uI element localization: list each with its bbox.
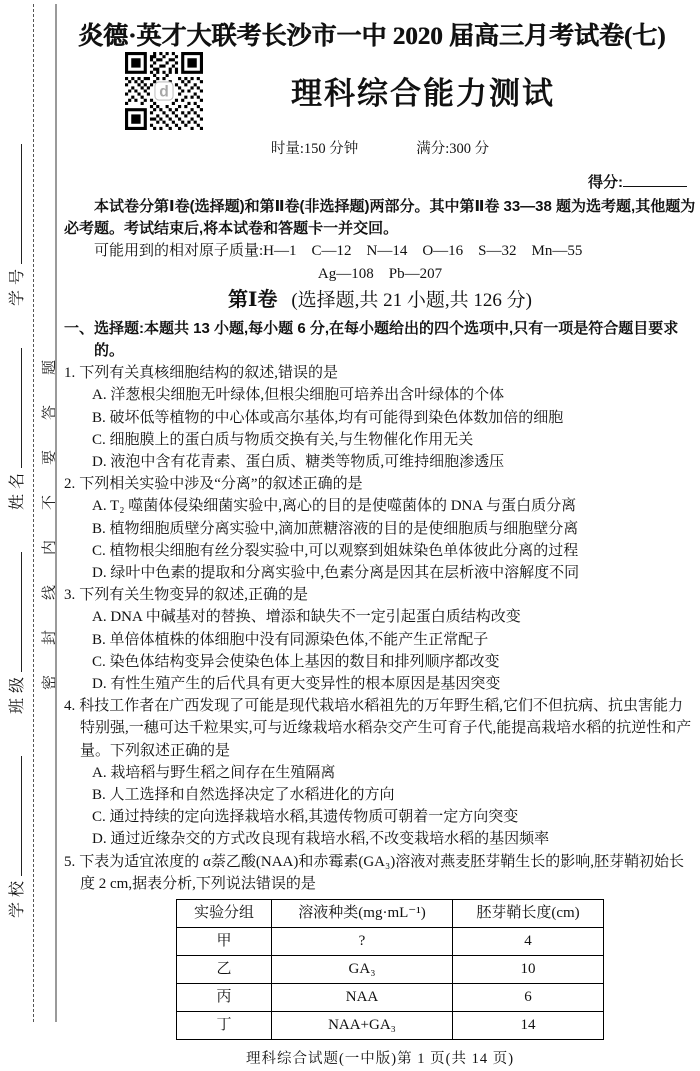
question-4-option-c: C. 通过持续的定向选择栽培水稻,其遗传物质可朝着一定方向突变 [64, 806, 696, 828]
q5-data-table: 实验分组 溶液种类(mg·mL⁻¹) 胚芽鞘长度(cm) 甲 ? 4 乙 GA₃… [176, 899, 604, 1040]
part1-title: 第Ⅰ卷 [228, 289, 277, 311]
question-2-number: 2. [64, 476, 75, 492]
cell-length: 14 [453, 1012, 604, 1040]
part1-heading: 第Ⅰ卷(选择题,共 21 小题,共 126 分) [64, 287, 696, 314]
school-label: 学校 [9, 876, 26, 918]
question-3: 3.下列有关生物变异的叙述,正确的是 A. DNA 中碱基对的替换、增添和缺失不… [64, 584, 696, 695]
question-1: 1.下列有关真核细胞结构的叙述,错误的是 A. 洋葱根尖细胞无叶绿体,但根尖细胞… [64, 362, 696, 473]
cell-solution: NAA [272, 984, 453, 1012]
score-label: 得分: [588, 174, 623, 191]
question-3-option-d: D. 有性生殖产生的后代具有更大变异性的根本原因是基因突变 [64, 673, 696, 695]
field-class: 班级 [9, 514, 26, 714]
table-header-solution: 溶液种类(mg·mL⁻¹) [272, 900, 453, 928]
question-3-stem: 3.下列有关生物变异的叙述,正确的是 [64, 584, 696, 606]
seal-solid-line [55, 4, 57, 1022]
question-2-option-b: B. 植物细胞质壁分离实验中,滴加蔗糖溶液的目的是使细胞质与细胞壁分离 [64, 518, 696, 540]
question-1-text: 下列有关真核细胞结构的叙述,错误的是 [79, 365, 338, 381]
question-1-option-d: D. 液泡中含有花青素、蛋白质、糖类等物质,可维持细胞渗透压 [64, 451, 696, 473]
name-blank-line [7, 348, 22, 468]
exam-paper-page: 学校 班级 姓名 学号 密封线内不要答题 炎德·英才大联考长沙市一中 2020 … [0, 0, 700, 1071]
cell-group: 甲 [177, 928, 272, 956]
cell-solution: GA₃ [272, 956, 453, 984]
question-4: 4.科技工作者在广西发现了可能是现代栽培水稻祖先的万年野生稻,它们不但抗病、抗虫… [64, 695, 696, 850]
field-name: 姓名 [9, 310, 26, 510]
question-3-option-a: A. DNA 中碱基对的替换、增添和缺失不一定引起蛋白质结构改变 [64, 606, 696, 628]
question-4-number: 4. [64, 698, 75, 714]
field-school: 学校 [9, 718, 26, 918]
question-2-text: 下列相关实验中涉及“分离”的叙述正确的是 [79, 476, 362, 492]
question-4-text: 科技工作者在广西发现了可能是现代栽培水稻祖先的万年野生稻,它们不但抗病、抗虫害能… [79, 698, 691, 758]
cell-length: 4 [453, 928, 604, 956]
exam-title: 理科综合能力测试 [291, 68, 555, 113]
duration-label: 时量:150 分钟 [271, 137, 358, 158]
question-2-stem: 2.下列相关实验中涉及“分离”的叙述正确的是 [64, 473, 696, 495]
class-blank-line [7, 552, 22, 672]
table-row: 丙 NAA 6 [177, 984, 604, 1012]
section-instruction: 一、选择题:本题共 13 小题,每小题 6 分,在每小题给出的四个选项中,只有一… [64, 318, 696, 362]
question-3-text: 下列有关生物变异的叙述,正确的是 [79, 587, 308, 603]
question-1-option-c: C. 细胞膜上的蛋白质与物质交换有关,与生物催化作用无关 [64, 429, 696, 451]
question-1-option-a: A. 洋葱根尖细胞无叶绿体,但根尖细胞可培养出含叶绿体的个体 [64, 384, 696, 406]
student-number-label: 学号 [9, 264, 26, 306]
question-4-option-b: B. 人工选择和自然选择决定了水稻进化的方向 [64, 784, 696, 806]
cell-group: 乙 [177, 956, 272, 984]
table-header-group: 实验分组 [177, 900, 272, 928]
question-4-option-a: A. 栽培稻与野生稻之间存在生殖隔离 [64, 762, 696, 784]
table-row: 丁 NAA+GA₃ 14 [177, 1012, 604, 1040]
league-exam-title: 炎德·英才大联考长沙市一中 2020 届高三月考试卷(七) [78, 16, 698, 52]
student-number-blank-line [7, 144, 22, 264]
name-label: 姓名 [9, 468, 26, 510]
question-4-stem: 4.科技工作者在广西发现了可能是现代栽培水稻祖先的万年野生稻,它们不但抗病、抗虫… [64, 695, 696, 762]
question-2-option-c: C. 植物根尖细胞有丝分裂实验中,可以观察到姐妹染色单体彼此分离的过程 [64, 540, 696, 562]
atomic-mass-line1: 可能用到的相对原子质量:H—1 C—12 N—14 O—16 S—32 Mn—5… [64, 240, 696, 262]
question-3-number: 3. [64, 587, 75, 603]
question-1-number: 1. [64, 365, 75, 381]
exam-body: 本试卷分第Ⅰ卷(选择题)和第Ⅱ卷(非选择题)两部分。其中第Ⅱ卷 33—38 题为… [64, 196, 696, 1070]
score-blank-line [623, 173, 687, 187]
question-4-option-d: D. 通过近缘杂交的方式改良现有栽培水稻,不改变栽培水稻的基因频率 [64, 828, 696, 850]
question-5-text: 下表为适宜浓度的 α萘乙酸(NAA)和赤霉素(GA₃)溶液对燕麦胚芽鞘生长的影响… [79, 854, 684, 892]
exam-notice: 本试卷分第Ⅰ卷(选择题)和第Ⅱ卷(非选择题)两部分。其中第Ⅱ卷 33—38 题为… [64, 196, 696, 240]
question-2-option-d: D. 绿叶中色素的提取和分离实验中,色素分离是因其在层析液中溶解度不同 [64, 562, 696, 584]
table-row: 乙 GA₃ 10 [177, 956, 604, 984]
exam-meta-row: 时量:150 分钟 满分:300 分 [64, 137, 696, 158]
question-2-option-a: A. T₂ 噬菌体侵染细菌实验中,离心的目的是使噬菌体的 DNA 与蛋白质分离 [64, 495, 696, 517]
score-field: 得分: [588, 171, 687, 192]
page-footer: 理科综合试题(一中版)第 1 页(共 14 页) [64, 1048, 696, 1070]
cell-group: 丙 [177, 984, 272, 1012]
student-info-fields: 学校 班级 姓名 学号 [4, 96, 26, 918]
question-5-number: 5. [64, 854, 75, 870]
cell-solution: NAA+GA₃ [272, 1012, 453, 1040]
cell-group: 丁 [177, 1012, 272, 1040]
seal-warning-text: 密封线内不要答题 [38, 270, 56, 690]
question-5: 5.下表为适宜浓度的 α萘乙酸(NAA)和赤霉素(GA₃)溶液对燕麦胚芽鞘生长的… [64, 851, 696, 895]
question-1-stem: 1.下列有关真核细胞结构的叙述,错误的是 [64, 362, 696, 384]
class-label: 班级 [9, 672, 26, 714]
question-2: 2.下列相关实验中涉及“分离”的叙述正确的是 A. T₂ 噬菌体侵染细菌实验中,… [64, 473, 696, 584]
svg-text:d: d [159, 83, 169, 100]
atomic-mass-line2: Ag—108 Pb—207 [64, 263, 696, 285]
part1-subtitle: (选择题,共 21 小题,共 126 分) [291, 290, 532, 311]
question-3-option-b: B. 单倍体植株的体细胞中没有同源染色体,不能产生正常配子 [64, 629, 696, 651]
cell-length: 10 [453, 956, 604, 984]
qr-code-icon: d [125, 52, 203, 130]
cell-length: 6 [453, 984, 604, 1012]
question-5-stem: 5.下表为适宜浓度的 α萘乙酸(NAA)和赤霉素(GA₃)溶液对燕麦胚芽鞘生长的… [64, 851, 696, 895]
question-1-option-b: B. 破坏低等植物的中心体或高尔基体,均有可能得到染色体数加倍的细胞 [64, 407, 696, 429]
cell-solution: ? [272, 928, 453, 956]
full-score-label: 满分:300 分 [416, 137, 489, 158]
seal-dashed-line [33, 4, 34, 1022]
table-row: 甲 ? 4 [177, 928, 604, 956]
field-student-number: 学号 [9, 106, 26, 306]
table-header-length: 胚芽鞘长度(cm) [453, 900, 604, 928]
question-3-option-c: C. 染色体结构变异会使染色体上基因的数目和排列顺序都改变 [64, 651, 696, 673]
table-header-row: 实验分组 溶液种类(mg·mL⁻¹) 胚芽鞘长度(cm) [177, 900, 604, 928]
school-blank-line [7, 756, 22, 876]
